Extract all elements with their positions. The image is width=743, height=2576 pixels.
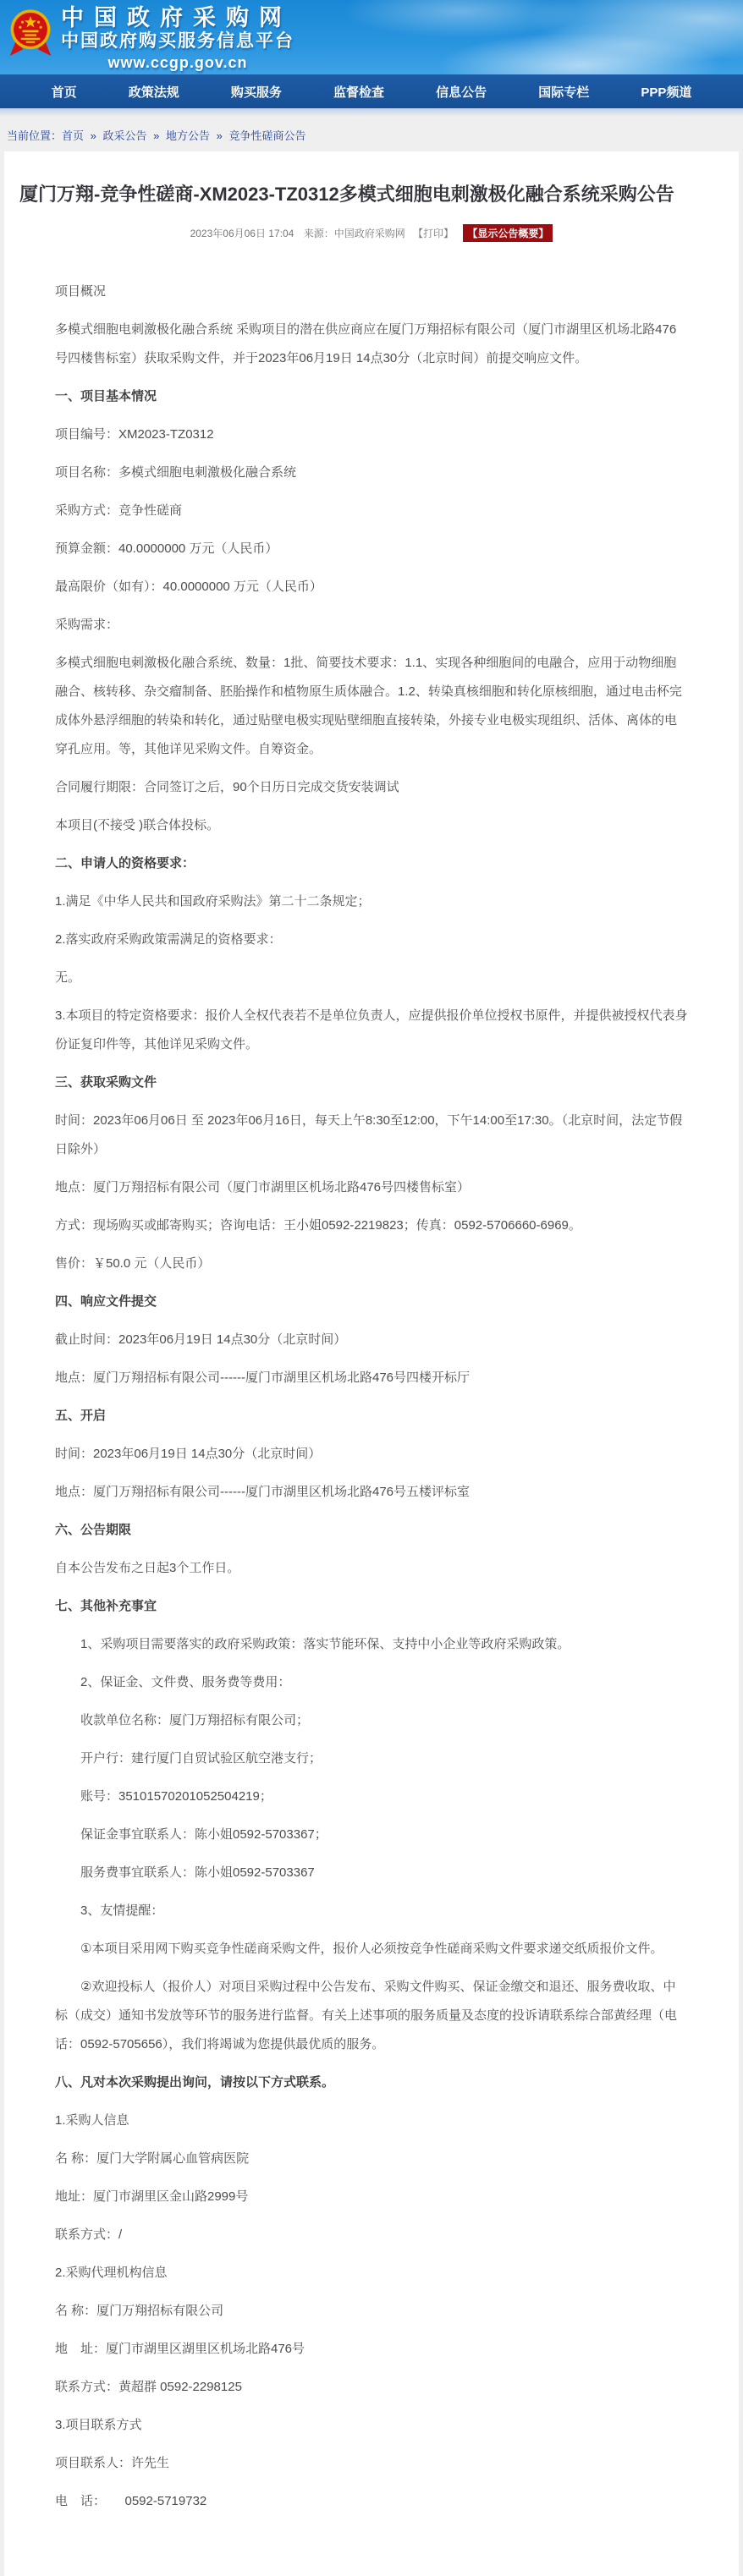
breadcrumb-separator: » — [151, 129, 162, 142]
breadcrumb-items: 首页 » 政采公告 » 地方公告 » 竞争性磋商公告 — [62, 129, 305, 142]
article-panel: 厦门万翔-竞争性磋商-XM2023-TZ0312多模式细胞电刺激极化融合系统采购… — [4, 151, 739, 2576]
article-date: 2023年06月06日 17:04 — [190, 228, 294, 239]
reminder-1: ①本项目采用网下购买竞争性磋商采购文件，报价人必须按竞争性磋商采购文件要求递交纸… — [55, 1935, 688, 1964]
site-url: www.ccgp.gov.cn — [61, 52, 294, 73]
print-button[interactable]: 【打印】 — [413, 228, 454, 239]
nav-shadow-strip — [0, 108, 743, 117]
service-fee-contact: 服务费事宜联系人：陈小姐0592-5703367 — [55, 1859, 688, 1887]
section-6-heading: 六、公告期限 — [55, 1516, 688, 1545]
open-time: 时间：2023年06月19日 14点30分（北京时间） — [55, 1440, 688, 1469]
breadcrumb-link-competitive-consultation-announcements[interactable]: 竞争性磋商公告 — [228, 129, 305, 142]
purchaser-contact: 联系方式：/ — [55, 2221, 688, 2249]
project-contact-phone: 电 话： 0592-5719732 — [55, 2487, 688, 2516]
budget-amount: 预算金额：40.0000000 万元（人民币） — [55, 535, 688, 563]
payee-name: 收款单位名称：厦门万翔招标有限公司； — [55, 1706, 688, 1735]
qualification-2: 2.落实政府采购政策需满足的资格要求： — [55, 925, 688, 954]
deposit-contact: 保证金事宜联系人：陈小姐0592-5703367； — [55, 1821, 688, 1849]
qualification-3: 3.本项目的特定资格要求：报价人全权代表若不是单位负责人，应提供报价单位授权书原… — [55, 1002, 688, 1059]
submit-place: 地点：厦门万翔招标有限公司------厦门市湖里区机场北路476号四楼开标厅 — [55, 1364, 688, 1392]
purchaser-name: 名 称：厦门大学附属心血管病医院 — [55, 2145, 688, 2173]
max-price: 最高限价（如有）：40.0000000 万元（人民币） — [55, 573, 688, 601]
section-3-heading: 三、获取采购文件 — [55, 1068, 688, 1097]
qualification-1: 1.满足《中华人民共和国政府采购法》第二十二条规定； — [55, 887, 688, 916]
purchaser-address: 地址：厦门市湖里区金山路2999号 — [55, 2183, 688, 2211]
document-time: 时间：2023年06月06日 至 2023年06月16日，每天上午8:30至12… — [55, 1107, 688, 1164]
open-place: 地点：厦门万翔招标有限公司------厦门市湖里区机场北路476号五楼评标室 — [55, 1478, 688, 1507]
agency-name: 名 称：厦门万翔招标有限公司 — [55, 2297, 688, 2326]
breadcrumb-link-local-announcements[interactable]: 地方公告 — [166, 129, 210, 142]
procurement-demand-text: 多模式细胞电刺激极化融合系统、数量：1批、简要技术要求：1.1、实现各种细胞间的… — [55, 649, 688, 764]
article-source: 来源：中国政府采购网 — [304, 228, 405, 239]
project-contact-heading: 3.项目联系方式 — [55, 2411, 688, 2440]
announcement-period: 自本公告发布之日起3个工作日。 — [55, 1554, 688, 1583]
breadcrumb-link-home[interactable]: 首页 — [62, 129, 84, 142]
section-1-heading: 一、项目基本情况 — [55, 382, 688, 411]
section-2-heading: 二、申请人的资格要求： — [55, 849, 688, 878]
nav-item-buy-services[interactable]: 购买服务 — [231, 83, 282, 101]
qualification-2-none: 无。 — [55, 964, 688, 992]
breadcrumb-separator: » — [213, 129, 225, 142]
nav-item-supervision[interactable]: 监督检查 — [333, 83, 384, 101]
procurement-demand-label: 采购需求： — [55, 611, 688, 640]
nav-item-ppp-channel[interactable]: PPP频道 — [641, 83, 691, 101]
project-number: 项目编号：XM2023-TZ0312 — [55, 420, 688, 449]
project-name: 项目名称：多模式细胞电刺激极化融合系统 — [55, 459, 688, 487]
account-number: 账号：35101570201052504219； — [55, 1782, 688, 1811]
breadcrumb-prefix: 当前位置： — [7, 129, 62, 142]
china-national-emblem-icon — [8, 7, 52, 65]
overview-heading: 项目概况 — [55, 277, 688, 306]
supplement-1: 1、采购项目需要落实的政府采购政策：落实节能环保、支持中小企业等政府采购政策。 — [55, 1630, 688, 1659]
consortium-note: 本项目(不接受 )联合体投标。 — [55, 811, 688, 840]
section-7-heading: 七、其他补充事宜 — [55, 1592, 688, 1621]
contract-period: 合同履行期限：合同签订之后，90个日历日完成交货安装调试 — [55, 773, 688, 802]
nav-item-policy-laws[interactable]: 政策法规 — [129, 83, 179, 101]
article-meta: 2023年06月06日 17:04 来源：中国政府采购网 【打印】 【显示公告概… — [4, 224, 739, 242]
reminder-2: ②欢迎投标人（报价人）对项目采购过程中公告发布、采购文件购买、保证金缴交和退还、… — [55, 1973, 688, 2059]
project-contact-person: 项目联系人：许先生 — [55, 2449, 688, 2478]
breadcrumb: 当前位置：首页 » 政采公告 » 地方公告 » 竞争性磋商公告 — [0, 117, 743, 151]
supplement-2: 2、保证金、文件费、服务费等费用： — [55, 1668, 688, 1697]
nav-item-announcements[interactable]: 信息公告 — [436, 83, 487, 101]
supplement-3: 3、友情提醒： — [55, 1897, 688, 1925]
page-title: 厦门万翔-竞争性磋商-XM2023-TZ0312多模式细胞电刺激极化融合系统采购… — [19, 182, 724, 207]
breadcrumb-link-procurement-announcements[interactable]: 政采公告 — [103, 129, 147, 142]
article-body: 项目概况多模式细胞电刺激极化融合系统 采购项目的潜在供应商应在厦门万翔招标有限公… — [55, 277, 688, 2516]
document-price: 售价：￥50.0 元（人民币） — [55, 1250, 688, 1278]
main-nav: 首页政策法规购买服务监督检查信息公告国际专栏PPP频道 — [0, 74, 743, 108]
overview-text: 多模式细胞电刺激极化融合系统 采购项目的潜在供应商应在厦门万翔招标有限公司（厦门… — [55, 316, 688, 373]
bank-name: 开户行：建行厦门自贸试验区航空港支行； — [55, 1744, 688, 1773]
purchaser-info-heading: 1.采购人信息 — [55, 2106, 688, 2135]
site-logo: 中国政府采购网 中国政府购买服务信息平台 www.ccgp.gov.cn — [8, 5, 294, 73]
section-4-heading: 四、响应文件提交 — [55, 1288, 688, 1316]
procurement-method: 采购方式：竞争性磋商 — [55, 497, 688, 525]
nav-item-international[interactable]: 国际专栏 — [538, 83, 589, 101]
document-method: 方式：现场购买或邮寄购买；咨询电话：王小姐0592-2219823；传真：059… — [55, 1211, 688, 1240]
agency-address: 地 址：厦门市湖里区湖里区机场北路476号 — [55, 2335, 688, 2364]
show-summary-button[interactable]: 【显示公告概要】 — [463, 224, 553, 242]
document-place: 地点：厦门万翔招标有限公司（厦门市湖里区机场北路476号四楼售标室） — [55, 1173, 688, 1202]
breadcrumb-separator: » — [87, 129, 99, 142]
submit-deadline: 截止时间：2023年06月19日 14点30分（北京时间） — [55, 1326, 688, 1354]
nav-item-home[interactable]: 首页 — [52, 83, 77, 101]
site-subtitle: 中国政府购买服务信息平台 — [61, 30, 294, 52]
agency-info-heading: 2.采购代理机构信息 — [55, 2259, 688, 2288]
site-header: 中国政府采购网 中国政府购买服务信息平台 www.ccgp.gov.cn — [0, 0, 743, 74]
section-8-heading: 八、凡对本次采购提出询问，请按以下方式联系。 — [55, 2068, 688, 2097]
section-5-heading: 五、开启 — [55, 1402, 688, 1431]
agency-contact: 联系方式：黄超群 0592-2298125 — [55, 2373, 688, 2402]
site-title: 中国政府采购网 — [61, 5, 294, 30]
